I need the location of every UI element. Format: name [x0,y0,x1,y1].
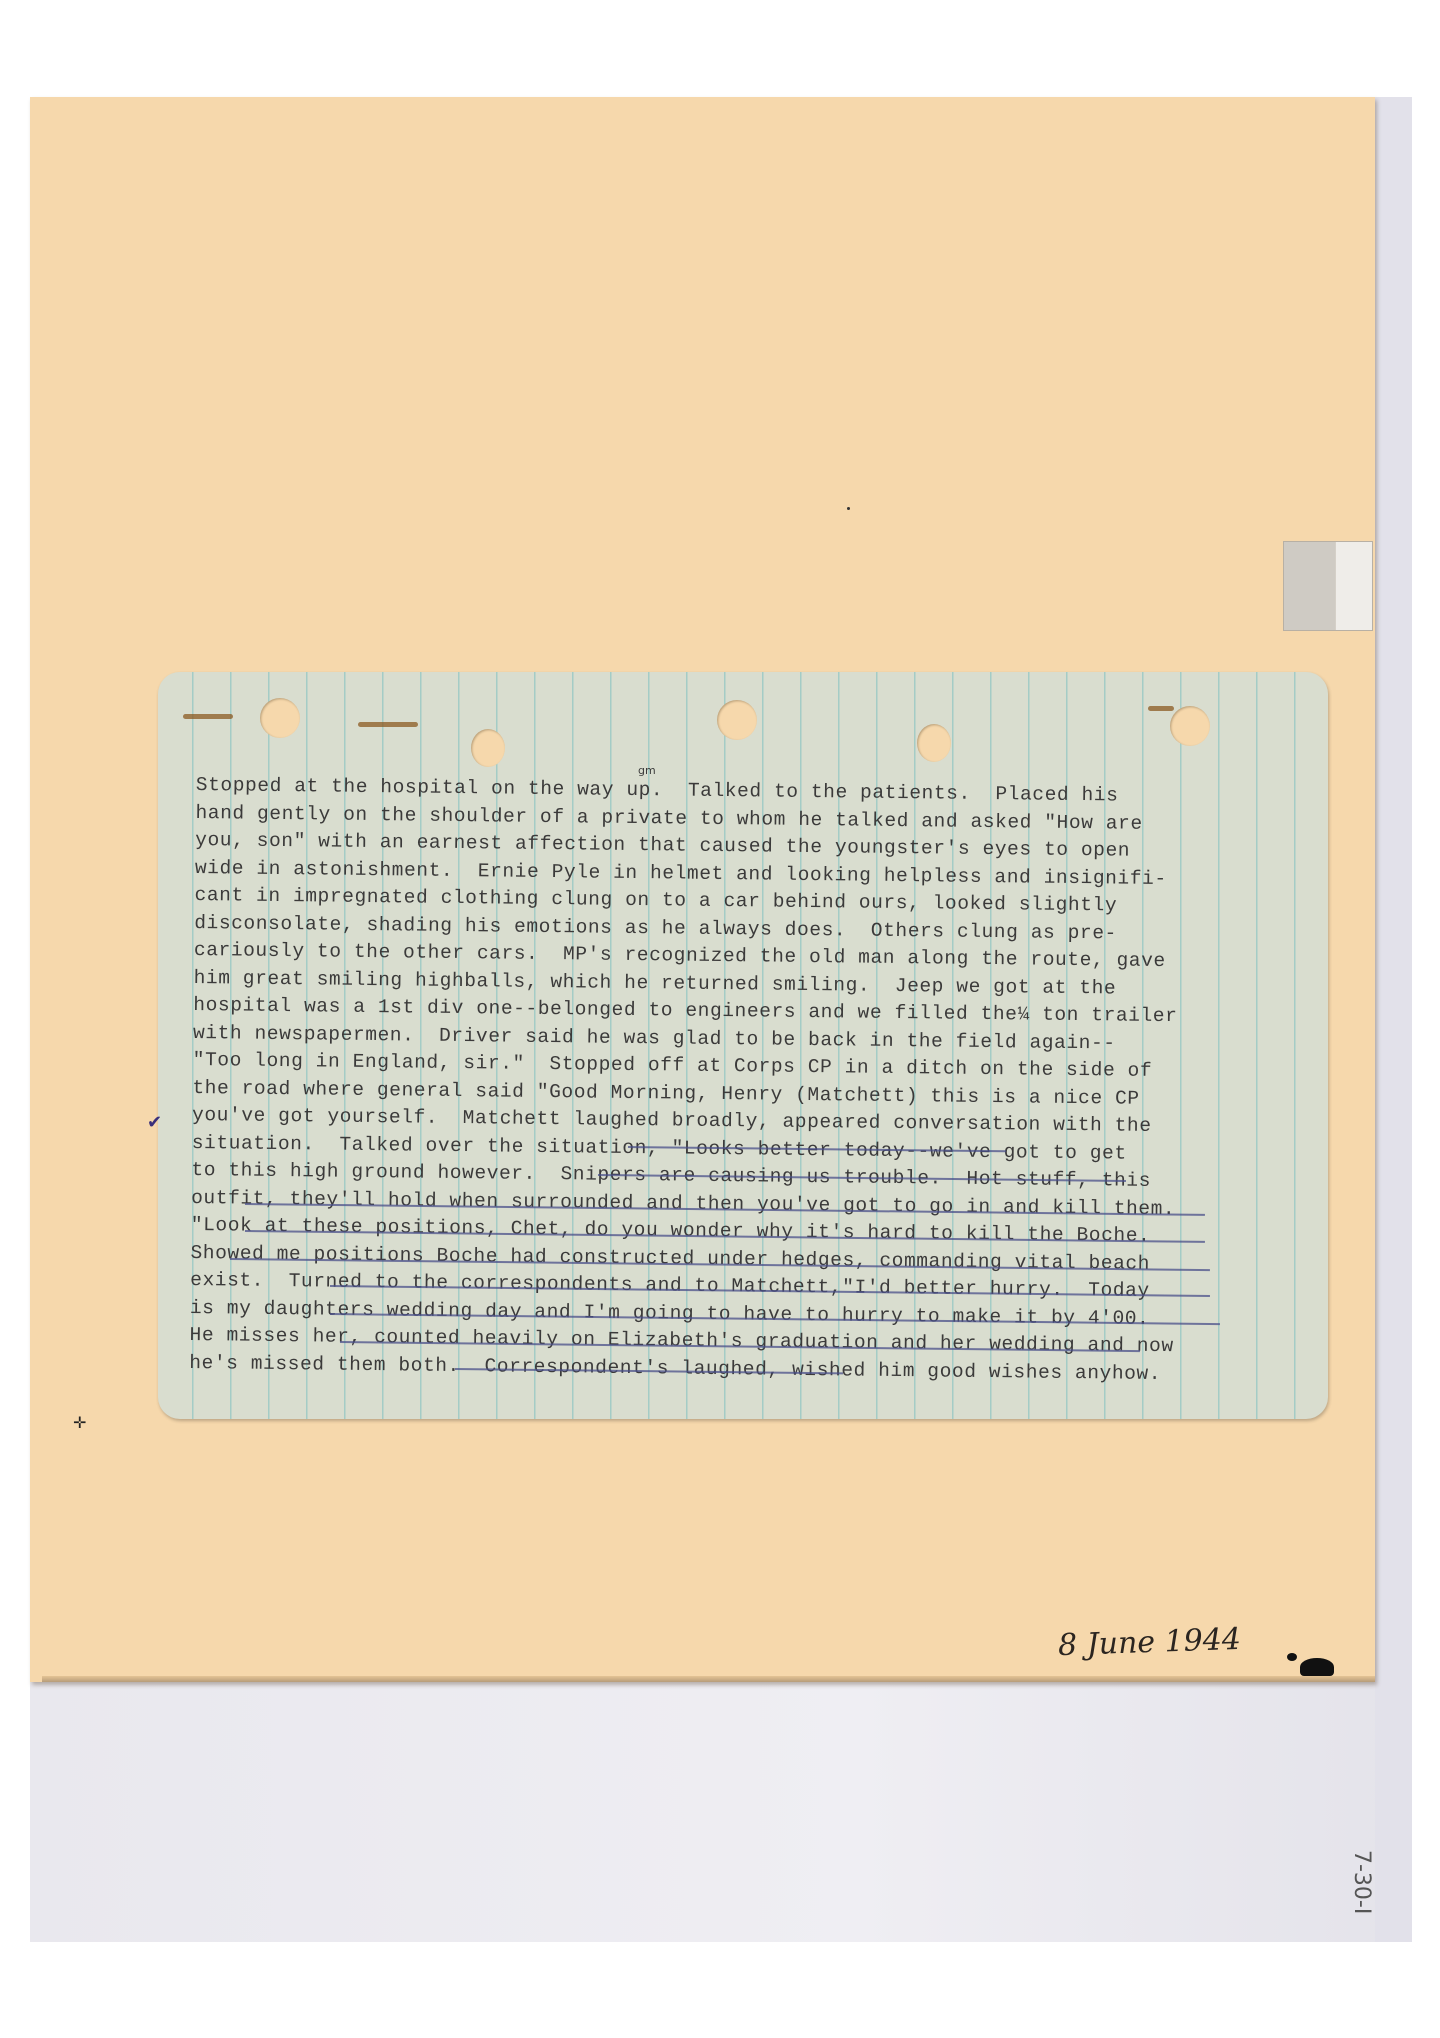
typed-text: Stopped at the hospital on the way up. T… [189,772,1316,1390]
punch-hole [717,700,757,740]
punch-hole [1170,706,1210,746]
check-mark-icon: ✔ [147,1112,162,1133]
cross-mark-icon: ✛ [73,1413,86,1432]
punch-hole [917,724,951,762]
punch-hole [471,729,505,767]
ink-dot [1287,1653,1297,1661]
backing-right-strip [1375,97,1412,1942]
rust-stain [183,714,233,719]
tape-flap [1335,542,1372,630]
ink-blot [1300,1658,1334,1676]
tape-tab [1283,541,1373,631]
punch-hole [260,698,300,738]
handwritten-date: 8 June 1944 [1057,1622,1241,1663]
ink-speck [847,507,850,510]
side-note: 7-30-I [1349,1850,1374,1914]
rust-stain [358,722,418,727]
folder-bottom-edge [42,1676,1375,1682]
corner-mark: gm [638,764,656,777]
typed-note-card: gm Stopped at the hospital on the way up… [158,672,1328,1419]
rust-stain [1148,706,1174,711]
